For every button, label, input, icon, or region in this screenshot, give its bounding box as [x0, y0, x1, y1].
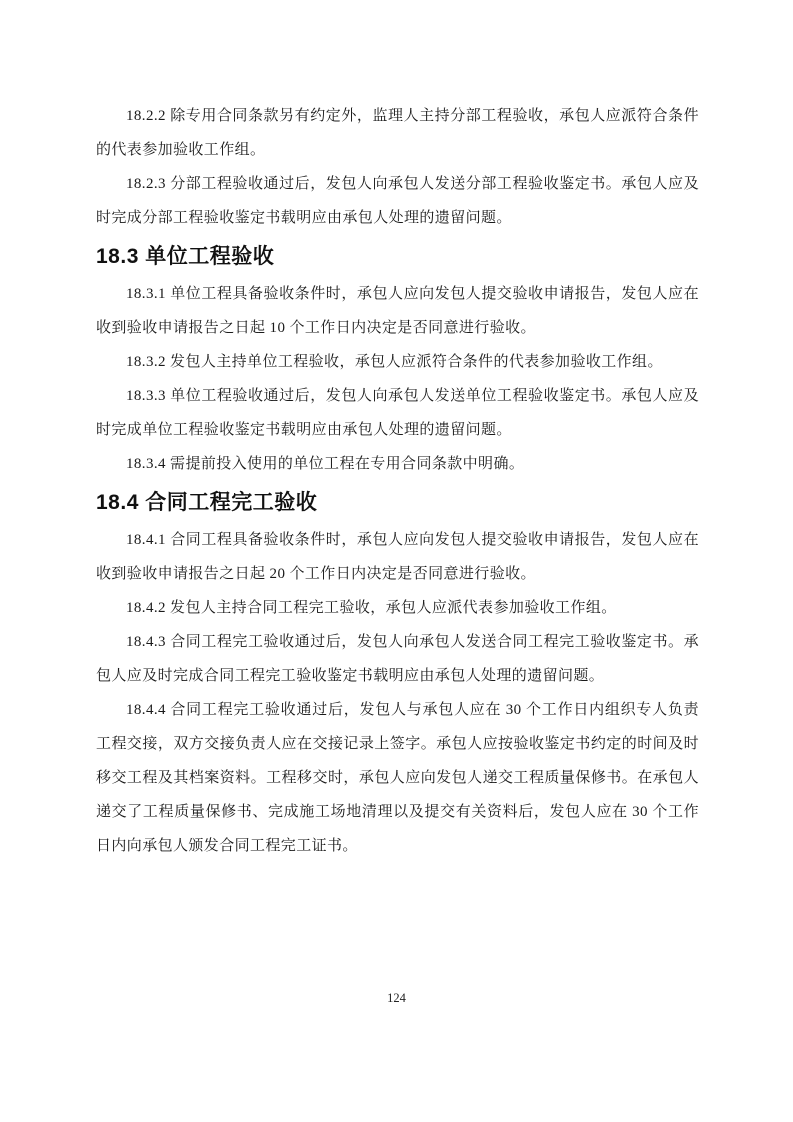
paragraph: 18.2.2 除专用合同条款另有约定外，监理人主持分部工程验收，承包人应派符合条… — [96, 99, 699, 167]
paragraph: 18.3.2 发包人主持单位工程验收，承包人应派符合条件的代表参加验收工作组。 — [96, 345, 699, 379]
page-number: 124 — [387, 991, 406, 1005]
paragraph: 18.3.4 需提前投入使用的单位工程在专用合同条款中明确。 — [96, 447, 699, 481]
document-content: 18.2.2 除专用合同条款另有约定外，监理人主持分部工程验收，承包人应派符合条… — [96, 0, 699, 863]
section-heading: 18.4 合同工程完工验收 — [96, 483, 699, 522]
paragraph: 18.4.1 合同工程具备验收条件时，承包人应向发包人提交验收申请报告，发包人应… — [96, 523, 699, 591]
paragraph: 18.2.3 分部工程验收通过后，发包人向承包人发送分部工程验收鉴定书。承包人应… — [96, 167, 699, 235]
paragraph: 18.4.2 发包人主持合同工程完工验收，承包人应派代表参加验收工作组。 — [96, 591, 699, 625]
section-heading: 18.3 单位工程验收 — [96, 237, 699, 276]
paragraph: 18.4.4 合同工程完工验收通过后，发包人与承包人应在 30 个工作日内组织专… — [96, 693, 699, 863]
paragraph: 18.3.1 单位工程具备验收条件时，承包人应向发包人提交验收申请报告，发包人应… — [96, 277, 699, 345]
paragraph: 18.4.3 合同工程完工验收通过后，发包人向承包人发送合同工程完工验收鉴定书。… — [96, 625, 699, 693]
page-footer: 124 — [0, 991, 793, 1006]
paragraph: 18.3.3 单位工程验收通过后，发包人向承包人发送单位工程验收鉴定书。承包人应… — [96, 379, 699, 447]
document-page: 18.2.2 除专用合同条款另有约定外，监理人主持分部工程验收，承包人应派符合条… — [0, 0, 793, 1122]
